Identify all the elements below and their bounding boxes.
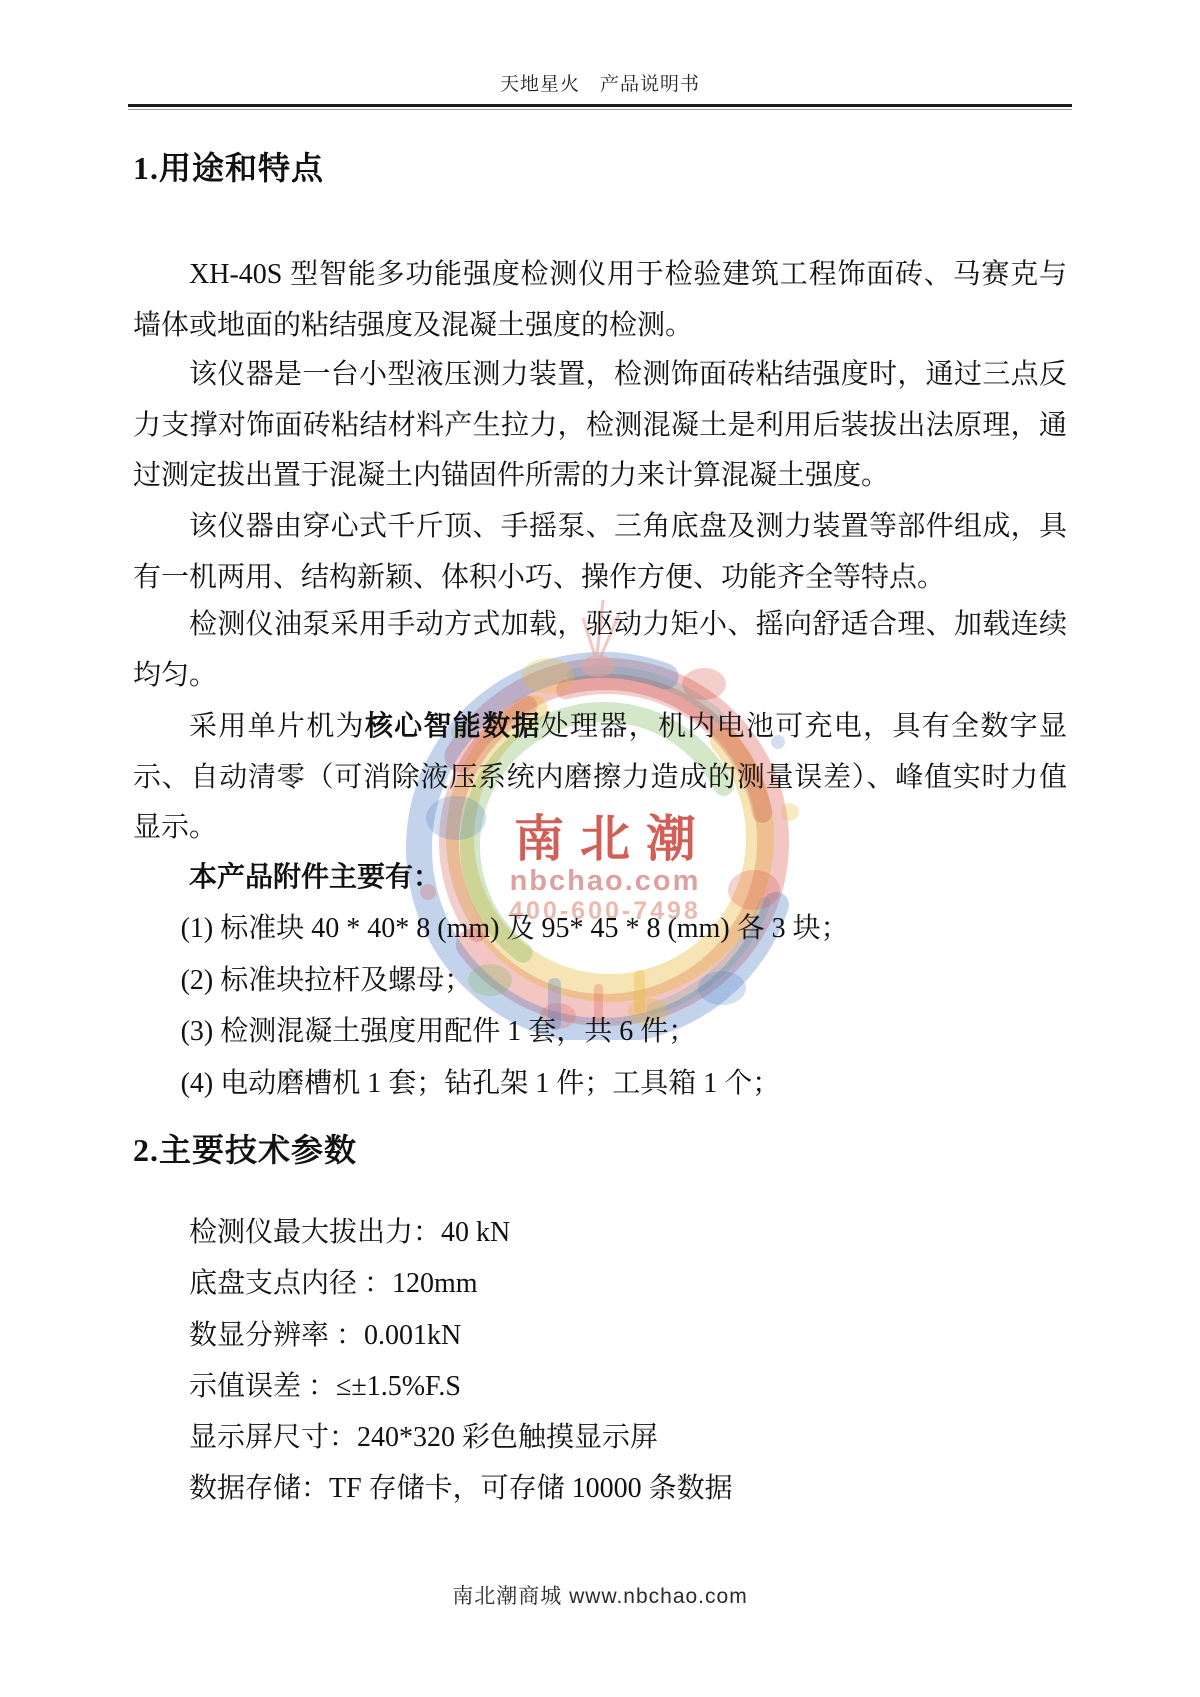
spec-indication-error: 示值误差 ：≤±1.5%F.S	[133, 1361, 1067, 1412]
header-title: 天地星火 产品说明书	[0, 72, 1200, 98]
paragraph-usage-5: 采用单片机为核心智能数据处理器，机内电池可充电，具有全数字显示、自动清零（可消除…	[133, 702, 1067, 854]
header-rule	[128, 104, 1072, 110]
paragraph-usage-3: 该仪器由穿心式千斤顶、手摇泵、三角底盘及测力装置等部件组成，具有一机两用、结构新…	[133, 502, 1067, 603]
attachments-heading: 本产品附件主要有：	[133, 853, 1067, 904]
list-item-3: (3) 检测混凝土强度用配件 1 套，共 6 件；	[133, 1006, 1067, 1058]
spec-data-storage: 数据存储：TF 存储卡，可存储 10000 条数据	[133, 1463, 1067, 1514]
list-item-2: (2) 标准块拉杆及螺母；	[133, 955, 1067, 1007]
paragraph-usage-5-bold: 核心智能数据	[365, 711, 541, 742]
section-2-heading: 2.主要技术参数	[133, 1130, 357, 1170]
section-1-heading: 1.用途和特点	[133, 148, 324, 188]
spec-max-pullout-force: 检测仪最大拔出力：40 kN	[133, 1207, 1067, 1258]
paragraph-usage-5-pre: 采用单片机为	[189, 711, 365, 742]
attachments-list: (1) 标准块 40 * 40* 8 (mm) 及 95* 45 * 8 (mm…	[133, 903, 1067, 1109]
page-footer: 南北潮商城 www.nbchao.com	[0, 1580, 1200, 1610]
list-item-1: (1) 标准块 40 * 40* 8 (mm) 及 95* 45 * 8 (mm…	[133, 903, 1067, 955]
spec-screen-size: 显示屏尺寸：240*320 彩色触摸显示屏	[133, 1412, 1067, 1463]
paragraph-usage-4: 检测仪油泵采用手动方式加载，驱动力矩小、摇向舒适合理、加载连续均匀。	[133, 600, 1067, 701]
list-item-4: (4) 电动磨槽机 1 套；钻孔架 1 件；工具箱 1 个；	[133, 1058, 1067, 1110]
spec-display-resolution: 数显分辨率 ：0.001kN	[133, 1310, 1067, 1361]
paragraph-usage-2: 该仪器是一台小型液压测力装置，检测饰面砖粘结强度时，通过三点反力支撑对饰面砖粘结…	[133, 350, 1067, 502]
paragraph-usage-1: XH-40S 型智能多功能强度检测仪用于检验建筑工程饰面砖、马赛克与墙体或地面的…	[133, 250, 1067, 351]
document-page: 天地星火 产品说明书	[0, 0, 1200, 1697]
spec-chassis-inner-diameter: 底盘支点内径 ：120mm	[133, 1258, 1067, 1309]
specs-list: 检测仪最大拔出力：40 kN 底盘支点内径 ：120mm 数显分辨率 ：0.00…	[133, 1207, 1067, 1515]
